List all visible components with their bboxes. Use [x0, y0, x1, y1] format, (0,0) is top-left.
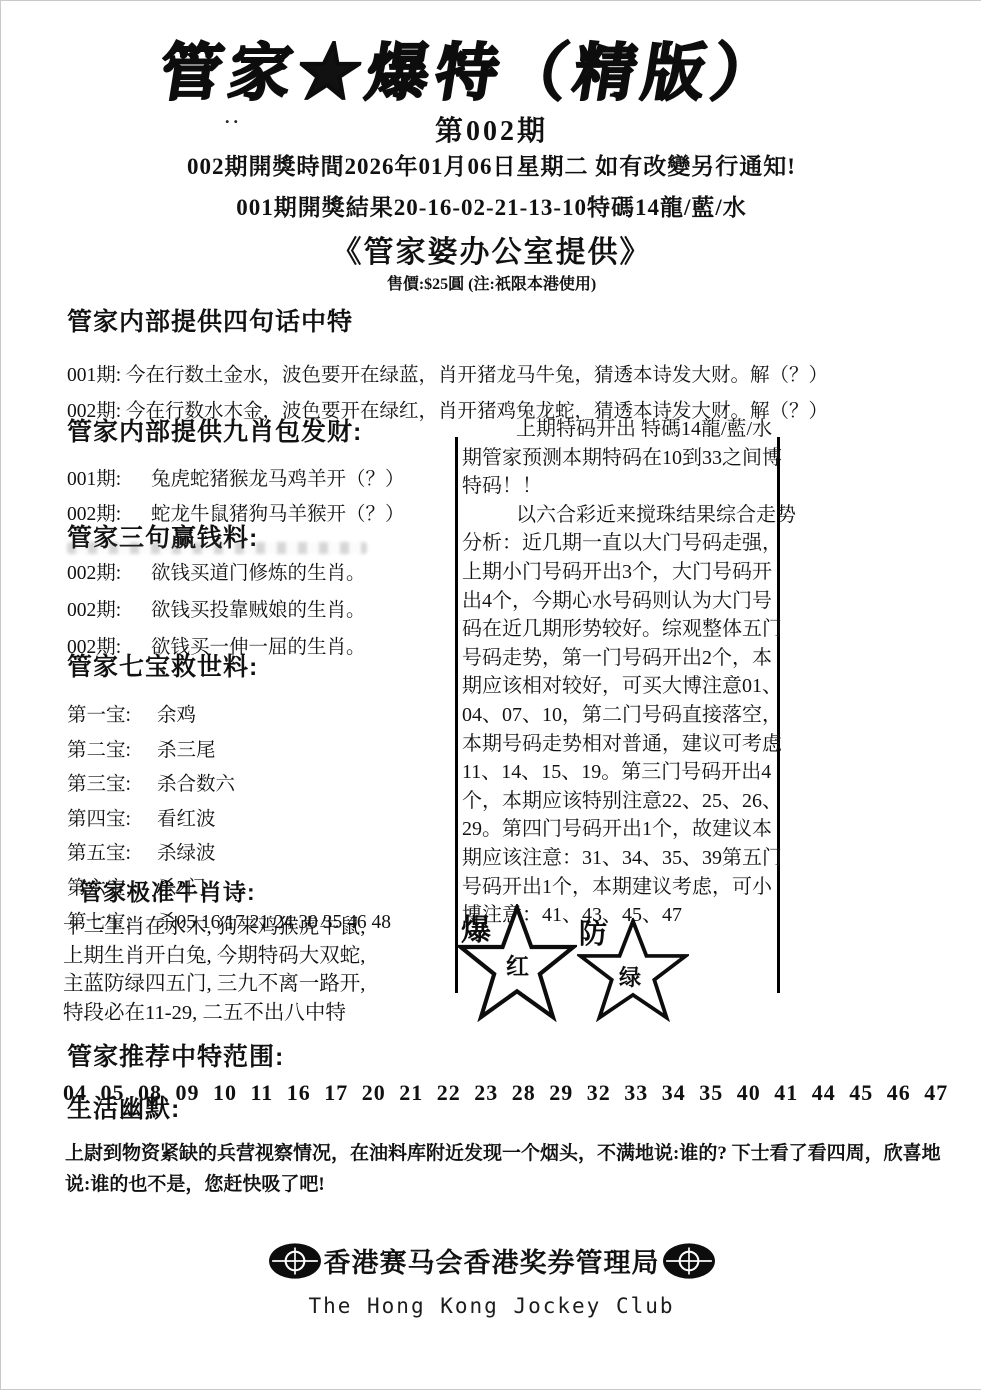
- treasure-row: 第一宝: 余鸡: [67, 699, 391, 727]
- section-humor: 生活幽默: 上尉到物资紧缺的兵营视察情况，在油料库附近发现一个烟头，不满地说:谁…: [67, 1089, 941, 1200]
- org-name-english: The Hong Kong Jockey Club: [1, 1294, 981, 1318]
- poem-line: 上期生肖开白兔, 今期特码大双蛇,: [63, 942, 365, 971]
- burst-red-star: 爆 红: [457, 904, 577, 1022]
- price-note: 售價:$25圓 (注:祇限本港使用): [1, 271, 981, 294]
- analysis-line: 以六合彩近来搅珠结果综合走势: [462, 501, 780, 530]
- tip-row: 002期: 欲钱买投靠贼娘的生肖。: [67, 594, 366, 622]
- star-inner-label: 红: [506, 955, 529, 978]
- three-sentence-rows: 002期: 欲钱买道门修炼的生肖。 002期: 欲钱买投靠贼娘的生肖。 002期…: [67, 557, 366, 659]
- analysis-line: 期应该相对较好，可买大博注意01、: [462, 672, 780, 701]
- analysis-line: 本期号码走势相对普通，建议可考虑: [462, 730, 780, 759]
- analysis-line: 码在近几期形势较好。综观整体五门: [462, 615, 780, 644]
- joke-line: 上尉到物资紧缺的兵营视察情况，在油料库附近发现一个烟头，不满地说:谁的? 下士看…: [65, 1139, 941, 1170]
- issue-number: 第002期: [1, 109, 981, 149]
- analysis-line: 特码！！: [462, 472, 780, 501]
- page-title: 管家★爆特（精版）: [0, 23, 969, 112]
- poem-line: 十二生肖在水木, 狗来鸡猴虎牛鼠,: [63, 913, 365, 942]
- row-text: 余鸡: [157, 699, 196, 727]
- section-heading: 管家极准牛肖诗:: [79, 874, 365, 907]
- trend-analysis-column: 上期特码开出 特碼14龍/藍/水 期管家预测本期特码在10到33之间博 特码！！…: [462, 415, 780, 930]
- treasure-row: 第二宝: 杀三尾: [67, 734, 391, 762]
- issue-tag: 002期:: [67, 594, 151, 622]
- row-text: 杀合数六: [157, 768, 235, 796]
- org-name-chinese: 香港赛马会香港奖券管理局: [324, 1241, 660, 1280]
- analysis-line: 个，本期应该特别注意22、25、26、: [462, 787, 780, 816]
- analysis-line: 04、07、10，第二门号码直接落空，: [462, 701, 780, 730]
- analysis-line: 上期特码开出 特碼14龍/藍/水: [462, 415, 780, 444]
- row-text: 杀三尾: [157, 734, 216, 762]
- treasure-label: 第一宝:: [67, 699, 157, 727]
- analysis-line: 29。第四门号码开出1个，故建议本: [462, 815, 780, 844]
- draw-time-notice: 002期開獎時間2026年01月06日星期二 如有改變另行通知!: [1, 148, 981, 181]
- erased-text-smudge: [67, 542, 367, 554]
- treasure-row: 第三宝: 杀合数六: [67, 768, 391, 796]
- section-heading: 生活幽默:: [67, 1089, 941, 1125]
- treasure-label: 第五宝:: [67, 837, 157, 865]
- row-text: 杀绿波: [157, 837, 216, 865]
- analysis-line: 上期小门号码开出3个，大门号码开: [462, 558, 780, 587]
- joke-line: 说:谁的也不是，您赶快吸了吧!: [65, 1170, 941, 1201]
- treasure-label: 第二宝:: [67, 734, 157, 762]
- poem-line: 主蓝防绿四五门, 三九不离一路开,: [63, 970, 365, 999]
- star-inner-label: 绿: [619, 967, 641, 989]
- treasure-label: 第三宝:: [67, 768, 157, 796]
- row-text: 看红波: [157, 803, 216, 831]
- section-heading: 管家推荐中特范围:: [67, 1037, 948, 1073]
- issue-tag: 002期:: [67, 557, 151, 585]
- row-text: 欲钱买道门修炼的生肖。: [151, 557, 366, 585]
- guard-green-star: 防 绿: [577, 918, 689, 1022]
- tip-row: 001期: 今在行数土金水，波色要开在绿蓝，肖开猪龙马牛兔，猜透本诗发大财。解（…: [67, 359, 828, 387]
- footer-logo-row: 香港赛马会香港奖券管理局: [1, 1241, 981, 1280]
- poem-line: 特段必在11-29, 二五不出八中特: [63, 999, 365, 1028]
- section-zodiac-poem: 管家极准牛肖诗: 十二生肖在水木, 狗来鸡猴虎牛鼠, 上期生肖开白兔, 今期特码…: [67, 874, 365, 1027]
- issue-tag: 001期:: [67, 463, 151, 491]
- tip-sheet-page: 管家★爆特（精版） .. 第002期 002期開獎時間2026年01月06日星期…: [0, 0, 981, 1390]
- hkjc-emblem-left-icon: [268, 1242, 322, 1280]
- section-four-sentence: 管家内部提供四句话中特 001期: 今在行数土金水，波色要开在绿蓝，肖开猪龙马牛…: [67, 302, 828, 423]
- tip-row: 001期: 兔虎蛇猪猴龙马鸡羊开（？）: [67, 463, 405, 491]
- section-nine-zodiac: 管家内部提供九肖包发财: 001期: 兔虎蛇猪猴龙马鸡羊开（？） 002期: 蛇…: [67, 412, 405, 526]
- analysis-line: 号码开出1个，本期建议考虑，可小: [462, 873, 780, 902]
- treasure-row: 第四宝: 看红波: [67, 803, 391, 831]
- last-draw-result: 001期開獎結果20-16-02-21-13-10特碼14龍/藍/水: [1, 189, 981, 222]
- analysis-line: 分析：近几期一直以大门号码走强，: [462, 529, 780, 558]
- tip-row: 002期: 欲钱买道门修炼的生肖。: [67, 557, 366, 585]
- star-outer-label: 爆: [461, 916, 491, 946]
- analysis-line: 号码走势，第一门号码开出2个，本: [462, 644, 780, 673]
- analysis-line: 出4个，今期心水号码则认为大门号: [462, 587, 780, 616]
- hkjc-emblem-right-icon: [662, 1242, 716, 1280]
- row-text: 欲钱买投靠贼娘的生肖。: [151, 594, 366, 622]
- analysis-line: 期管家预测本期特码在10到33之间博: [462, 444, 780, 473]
- section-heading: 管家内部提供四句话中特: [67, 302, 828, 338]
- provider-line: 《管家婆办公室提供》: [1, 227, 981, 271]
- section-heading: 管家内部提供九肖包发财:: [67, 412, 405, 448]
- treasure-label: 第四宝:: [67, 803, 157, 831]
- star-outer-label: 防: [579, 920, 607, 948]
- treasure-row: 第五宝: 杀绿波: [67, 837, 391, 865]
- row-text: 兔虎蛇猪猴龙马鸡羊开（？）: [151, 463, 405, 491]
- analysis-line: 11、14、15、19。第三门号码开出4: [462, 758, 780, 787]
- section-heading: 管家七宝救世料:: [67, 647, 391, 683]
- analysis-line: 期应该注意：31、34、35、39第五门: [462, 844, 780, 873]
